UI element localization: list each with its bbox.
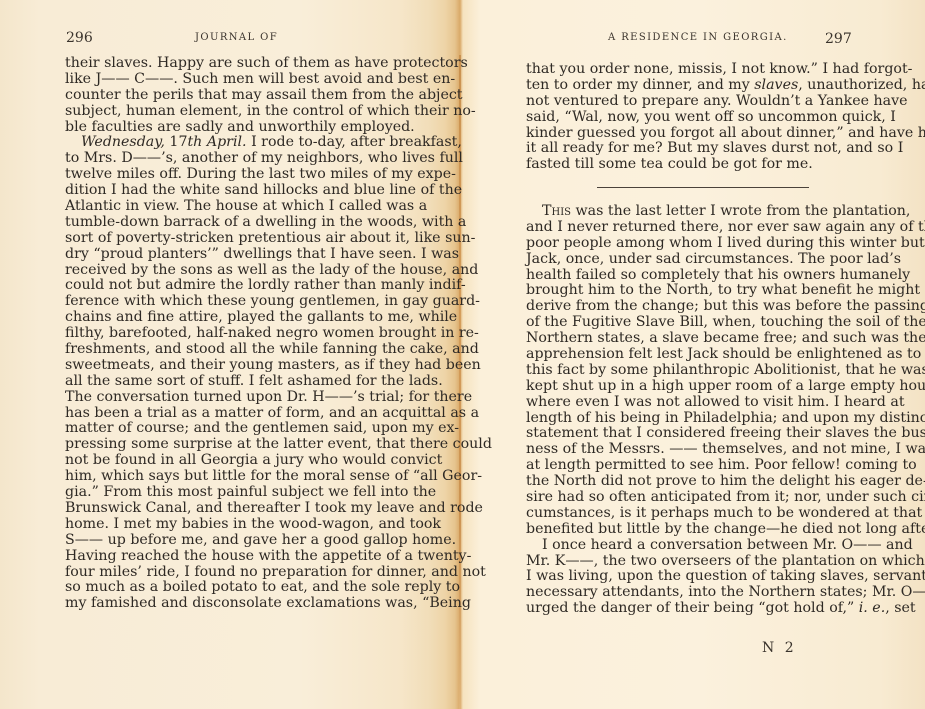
text-line: sire had so often anticipated from it; n… [526, 490, 854, 506]
final-line-after: , set [885, 600, 915, 616]
text-line: twelve miles off. During the last two mi… [65, 167, 393, 183]
text-line: kept shut up in a high upper room of a l… [526, 379, 854, 395]
text-line: fasted till some tea could be got for me… [526, 157, 855, 173]
text-line: like J—— C——. Such men will best avoid a… [65, 72, 393, 88]
text-line: this fact by some philanthropic Abolitio… [526, 363, 854, 379]
text-line: cumstances, is it perhaps much to be won… [526, 506, 854, 522]
running-head-left: JOURNAL OF [195, 32, 278, 48]
text-line: to Mrs. D——’s, another of my neighbors, … [65, 151, 393, 167]
left-page: 296 JOURNAL OF their slaves. Happy are s… [0, 0, 460, 709]
text-line: that you order none, missis, I not know.… [526, 62, 855, 78]
text-line: gia.” From this most painful subject we … [65, 485, 393, 501]
text-line: statement that I considered freeing thei… [526, 426, 854, 442]
text-line: matter of course; and the gentlemen said… [65, 421, 393, 437]
text-line: dry “proud planters’” dwellings that I h… [65, 247, 393, 263]
text-line: so much as a boiled potato to eat, and t… [65, 580, 393, 596]
text-line: poor people among whom I lived during th… [526, 236, 854, 252]
text-line: necessary attendants, into the Northern … [526, 585, 854, 601]
text-line: said, “Wal, now, you went off so uncommo… [526, 110, 855, 126]
diary-date-num: 17 [169, 134, 187, 150]
text-line: brought him to the North, to try what be… [526, 283, 854, 299]
text-line: received by the sons as well as the lady… [65, 263, 393, 279]
text-line: chains and fine attire, played the galla… [65, 310, 393, 326]
text-line: not be found in all Georgia a jury who w… [65, 453, 393, 469]
text-line: I once heard a conversation between Mr. … [526, 538, 854, 554]
right-page-letter-end: that you order none, missis, I not know.… [526, 62, 855, 173]
text-line: derive from the change; but this was bef… [526, 299, 854, 315]
text-line: of the Fugitive Slave Bill, when, touchi… [526, 315, 854, 331]
text-line: not ventured to prepare any. Wouldn’t a … [526, 94, 855, 110]
text-line: Having reached the house with the appeti… [65, 549, 393, 565]
text-line: my famished and disconsolate exclamation… [65, 596, 393, 612]
text-line: ble faculties are sadly and unworthily e… [65, 120, 393, 136]
text-line: him, which says but little for the moral… [65, 469, 393, 485]
text-line: Jack, once, under sad circumstances. The… [526, 252, 854, 268]
final-line-italic: i. e. [859, 600, 885, 616]
page-number-left: 296 [66, 30, 93, 46]
final-line-before: urged the danger of their being “got hol… [526, 600, 859, 616]
text-line: S—— up before me, and gave her a good ga… [65, 533, 393, 549]
text-line: Northern states, a slave became free; an… [526, 331, 854, 347]
diary-entry-heading-line: Wednesday, 17th April. I rode to-day, af… [65, 135, 393, 151]
diary-month: April. [207, 134, 247, 150]
text-line: I was living, upon the question of takin… [526, 569, 854, 585]
text-line: apprehension felt lest Jack should be en… [526, 347, 854, 363]
text-line: pressing some surprise at the latter eve… [65, 437, 393, 453]
opening-small-caps: his [551, 203, 571, 219]
text-line: benefited but little by the change—he di… [526, 522, 854, 538]
running-head-right: A RESIDENCE IN GEORGIA. [608, 32, 788, 48]
signature-mark: N 2 [762, 640, 797, 656]
text-line: has been a trial as a matter of form, an… [65, 406, 393, 422]
text-line: kinder guessed you forgot all about dinn… [526, 126, 855, 142]
text-line: ference with which these young gentlemen… [65, 294, 393, 310]
text-line: health failed so completely that his own… [526, 268, 854, 284]
left-page-body: their slaves. Happy are such of them as … [65, 56, 393, 612]
text-line: length of his being in Philadelphia; and… [526, 411, 854, 427]
text-line: and I never returned there, nor ever saw… [526, 220, 854, 236]
text-line: it all ready for me? But my slaves durst… [526, 141, 855, 157]
text-line: Brunswick Canal, and thereafter I took m… [65, 501, 393, 517]
text-line: sort of poverty-stricken pretentious air… [65, 231, 393, 247]
text-line: the North did not prove to him the delig… [526, 474, 854, 490]
text-line: dition I had the white sand hillocks and… [65, 183, 393, 199]
text-line: four miles’ ride, I found no preparation… [65, 565, 393, 581]
text-line: all the same sort of stuff. I felt asham… [65, 374, 393, 390]
text-line: Mr. K——, the two overseers of the planta… [526, 554, 854, 570]
text-line: could not but admire the lordly rather t… [65, 278, 393, 294]
opening-rest: was the last letter I wrote from the pla… [571, 203, 910, 219]
diary-line-rest: I rode to-day, after breakfast, [251, 134, 462, 150]
opening-line-small-caps: This was the last letter I wrote from th… [526, 204, 854, 220]
text-line: subject, human element, in the control o… [65, 104, 393, 120]
text-line: filthy, barefooted, half-naked negro wom… [65, 326, 393, 342]
section-divider-rule [597, 187, 809, 188]
right-page: A RESIDENCE IN GEORGIA. 297 that you ord… [462, 0, 925, 709]
text-line: sweetmeats, and their young masters, as … [65, 358, 393, 374]
text-line: The conversation turned upon Dr. H——’s t… [65, 390, 393, 406]
text-line: tumble-down barrack of a dwelling in the… [65, 215, 393, 231]
text-line: where even I was not allowed to visit hi… [526, 395, 854, 411]
book-spread: 296 JOURNAL OF their slaves. Happy are s… [0, 0, 925, 709]
page-number-right: 297 [825, 31, 852, 47]
text-line: at length permitted to see him. Poor fel… [526, 458, 854, 474]
italic-word: slaves [754, 77, 798, 93]
text-line: counter the perils that may assail them … [65, 88, 393, 104]
diary-date-suffix: th [187, 134, 202, 150]
text-line: home. I met my babies in the wood-wagon,… [65, 517, 393, 533]
final-text-line: urged the danger of their being “got hol… [526, 601, 854, 617]
text-line: freshments, and stood all the while fann… [65, 342, 393, 358]
text-line: ness of the Messrs. —— themselves, and n… [526, 442, 854, 458]
text-line: their slaves. Happy are such of them as … [65, 56, 393, 72]
diary-day: Wednesday, [81, 134, 165, 150]
right-page-afterword: This was the last letter I wrote from th… [526, 204, 854, 617]
text-line-with-italic: ten to order my dinner, and my slaves, u… [526, 78, 855, 94]
text-line: Atlantic in view. The house at which I c… [65, 199, 393, 215]
